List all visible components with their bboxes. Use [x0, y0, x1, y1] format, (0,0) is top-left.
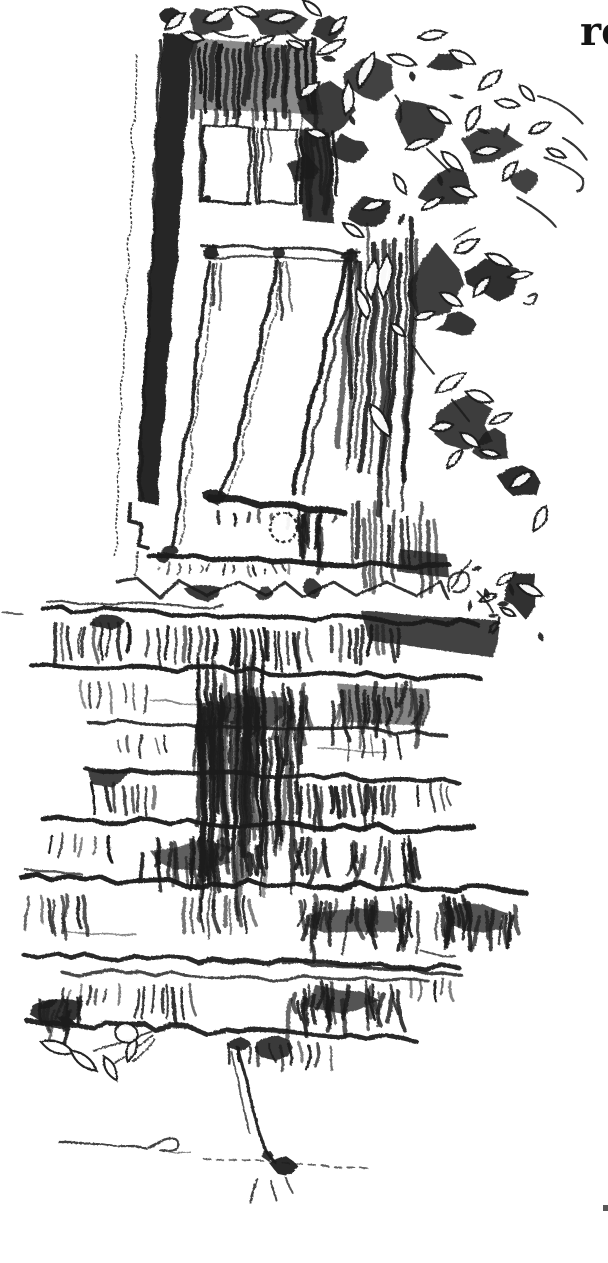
page: re: [0, 0, 608, 1263]
stone-steps: [2, 601, 526, 1071]
page-text-fragment: re: [580, 11, 608, 59]
ground-strokes: [58, 1138, 373, 1169]
illustration-sketch: [0, 0, 608, 1263]
sketch-layers: [2, 0, 585, 1203]
ink-speck: [603, 1205, 608, 1211]
